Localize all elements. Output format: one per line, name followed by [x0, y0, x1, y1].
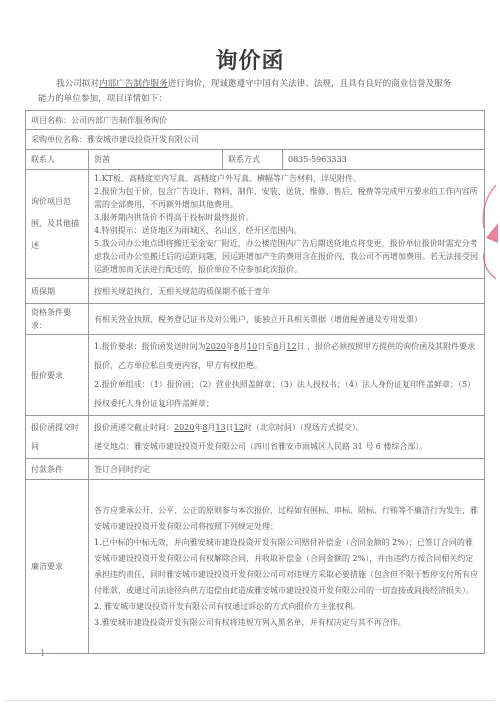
intro-before: 我公司拟对 [56, 79, 99, 89]
payment-label: 付款条件 [26, 459, 89, 480]
integrity-item-3: 3.雅安城市建设投资开发有限公司有权将违规方列入黑名单，并有权决定与其不再合作。 [94, 615, 479, 631]
contact-name: 贺茜 [89, 150, 223, 170]
date-to: 日至 [257, 342, 273, 351]
row-payment: 付款条件 签订合同时约定 [26, 459, 485, 480]
row-contact: 联系人 贺茜 联系方式 0835-5963333 [26, 150, 485, 170]
deadline-prefix: 报价函递交截止时间： [94, 423, 174, 432]
scope-item-1: 1.KT板、高精度室内写真、高精度户外写真、横幅等广告材料，详见附件。 [94, 172, 479, 185]
row-project-name: 项目名称：公司内部广告制作服务询价 [26, 111, 485, 130]
submission-deadline: 报价函递交截止时间：2020年8月13日12时（北京时间）（现场方式提交）。 [94, 418, 479, 437]
scope-item-4: 4.特别提示：送货地区为雨城区、名山区、经开区范围内。 [94, 224, 479, 237]
scope-label: 询价项目范围、及其他描述 [26, 170, 89, 279]
row-qualification: 资格条件要求： 有相关营业执照、税务登记证书及对公账户，能独立开具相关票据（增值… [26, 304, 485, 335]
deadline-suffix: 时（北京时间）（现场方式提交）。 [244, 423, 364, 432]
payment-value: 签订合同时约定 [89, 459, 485, 480]
contact-label: 联系人 [26, 150, 89, 170]
integrity-item-1: 1.已中标的中标无效，并向雅安城市建设投资开发有限公司赔付补偿金（合同金额的 2… [94, 535, 479, 599]
intro-paragraph: 我公司拟对内部广告制作服务进行询价，现诚邀遵守中国有关法律、法规，且具有良好的商… [38, 77, 458, 107]
row-submission: 报价函提交时间 报价函递交截止时间：2020年8月13日12时（北京时间）（现场… [26, 416, 485, 459]
scope-item-5: 5.我公司办公地点即将搬迁至金安厂附近，办公楼范围内广告后期送货地点将变更，报价… [94, 237, 479, 276]
quotation-item-2: 2.报价单组成：（1）报价函；（2）营业执照盖鲜章；（3）法人授权书；（4）法人… [94, 375, 479, 413]
intro-service-name: 内部广告制作服务 [99, 79, 168, 89]
row-quotation: 报价要求 1.报价要求：报价函发送时间为2020年8月10日至8月12日 ，报价… [26, 335, 485, 416]
page-number: - 1 - [34, 649, 52, 659]
submission-content: 报价函递交截止时间：2020年8月13日12时（北京时间）（现场方式提交）。 递… [89, 416, 485, 459]
month-unit: 月 [239, 342, 247, 351]
quotation-end-day: 12 [286, 342, 296, 351]
document-page: 询价函 我公司拟对内部广告制作服务进行询价，现诚邀遵守中国有关法律、法规，且具有… [0, 0, 500, 707]
row-warranty: 质保期 按相关规范执行，无相关规范的质保期不低于壹年 [26, 279, 485, 304]
quotation-start-day: 10 [247, 342, 257, 351]
quotation-label: 报价要求 [26, 335, 89, 416]
quotation-item-1: 1.报价要求：报价函发送时间为2020年8月10日至8月12日 ，报价必须按照甲… [94, 337, 479, 375]
deadline-hour: 12 [234, 423, 244, 432]
submission-location: 递交地点：雅安城市建设投资开发有限公司（四川省雅安市雨城区人民路 31 号 6 … [94, 437, 479, 456]
red-seal-stamp [478, 183, 500, 283]
integrity-content: 各方应秉承公开、公平、公正的原则参与本次报价，过程如有围标、串标、陪标、行贿等不… [89, 480, 485, 654]
row-scope: 询价项目范围、及其他描述 1.KT板、高精度室内写真、高精度户外写真、横幅等广告… [26, 170, 485, 279]
inquiry-table: 项目名称：公司内部广告制作服务询价 采购单位名称：雅安城市建设投资开发有限公司 … [25, 110, 485, 654]
year-unit: 年 [226, 342, 234, 351]
integrity-intro: 各方应秉承公开、公平、公正的原则参与本次报价，过程如有围标、串标、陪标、行贿等不… [94, 503, 479, 535]
quotation-content: 1.报价要求：报价函发送时间为2020年8月10日至8月12日 ，报价必须按照甲… [89, 335, 485, 416]
quotation-year: 2020 [206, 342, 226, 351]
document-title: 询价函 [0, 44, 500, 75]
page-edge-divider [4, 700, 494, 701]
row-purchaser: 采购单位名称：雅安城市建设投资开发有限公司 [26, 130, 485, 150]
warranty-value: 按相关规范执行，无相关规范的质保期不低于壹年 [89, 279, 485, 304]
integrity-label: 廉洁要求 [26, 480, 89, 654]
qualification-value: 有相关营业执照、税务登记证书及对公账户，能独立开具相关票据（增值税普通及专用发票… [89, 304, 485, 335]
purchaser-name: 采购单位名称：雅安城市建设投资开发有限公司 [26, 130, 485, 150]
scope-item-3: 3.服务期内供货价不得高于投标时最终报价。 [94, 211, 479, 224]
warranty-label: 质保期 [26, 279, 89, 304]
scope-content: 1.KT板、高精度室内写真、高精度户外写真、横幅等广告材料，详见附件。 2.报价… [89, 170, 485, 279]
contact-phone: 0835-5963333 [283, 150, 485, 170]
project-name: 项目名称：公司内部广告制作服务询价 [26, 111, 485, 130]
day-unit: 日 [226, 423, 234, 432]
integrity-item-2: 2. 雅安城市建设投资开发有限公司有权通过诉讼的方式向报价方主张权利。 [94, 599, 479, 615]
qualification-label: 资格条件要求： [26, 304, 89, 335]
submission-label: 报价函提交时间 [26, 416, 89, 459]
scope-item-2: 2.报价为包干价，包含广告设计、物料、制作、安装、送货、维修、售后、税费等完成甲… [94, 185, 479, 211]
deadline-day: 13 [215, 423, 225, 432]
deadline-year: 2020 [174, 423, 194, 432]
quotation-prefix: 1.报价要求：报价函发送时间为 [94, 342, 206, 351]
row-integrity: 廉洁要求 各方应秉承公开、公平、公正的原则参与本次报价，过程如有围标、串标、陪标… [26, 480, 485, 654]
contact-method-label: 联系方式 [223, 150, 283, 170]
